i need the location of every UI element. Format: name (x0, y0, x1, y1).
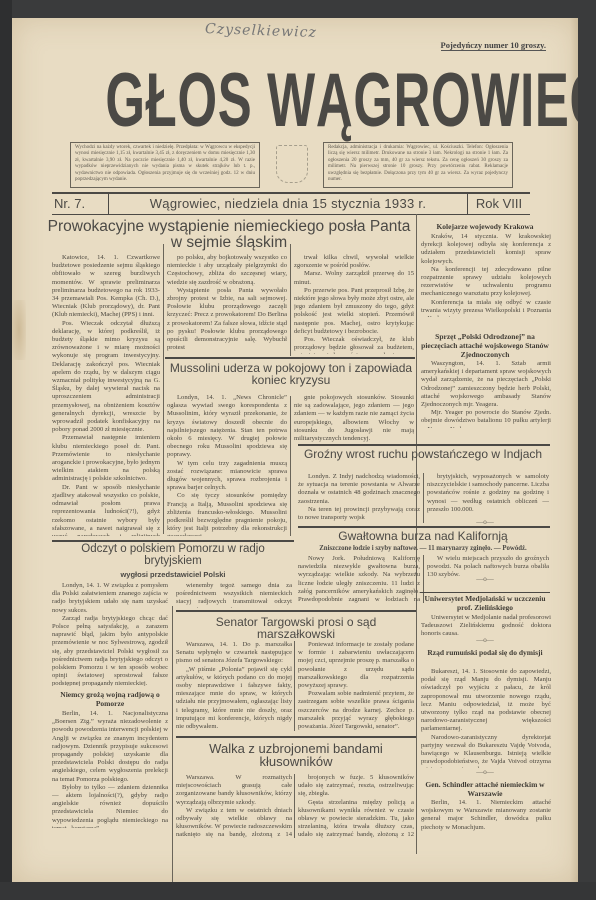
paragraph: Katowice, 14. 1. Czwartkowe budżetowe po… (52, 254, 160, 320)
targowski-headline: Senator Targowski prosi o sąd marszałkow… (176, 616, 416, 640)
scan-background (0, 882, 596, 900)
polonia-headline: Sprzęt „Polski Odrodzonej” na pieczęciac… (420, 332, 550, 359)
section-divider (176, 736, 416, 738)
california-column-1: Nowy Jork. Południową Kalifornję nawiedz… (298, 555, 420, 603)
separator: —o— (470, 768, 500, 776)
paragraph: Uniwersytet w Medjolanie nadał profesoro… (421, 614, 551, 639)
masthead: GŁOS WĄGROWIECKI (12, 60, 578, 142)
paragraph: gnie pokojowych stosunków. Stosunki nie … (294, 394, 414, 443)
separator: —o— (470, 575, 500, 583)
paragraph: wienemby tegoż samego dnia za pośrednict… (176, 582, 292, 608)
romania-text: Bukareszt, 14. 1. Stosownie do zapowiedz… (421, 668, 551, 768)
paragraph: Waszyngton, 14. 1. Sztab armii amerykańs… (421, 360, 551, 409)
separator: —o— (470, 518, 500, 526)
section-divider (420, 592, 550, 593)
issue-number: Nr. 7. (52, 194, 109, 214)
separator: —o— (470, 636, 500, 644)
india-column-2: brytyjskich, wyposażonych w samoloty nis… (427, 473, 549, 523)
paragraph: po polsku, aby bojkotowały wszystko co n… (167, 254, 287, 287)
paragraph: Konferencja ta miała się odbyć w czasie … (421, 299, 551, 317)
poachers-column-2: brojonych w fuzje. 5 kłusowników udało s… (298, 774, 414, 838)
paragraph: Londyn, 14. 1. „News Chronicle” ogłasza … (167, 394, 287, 460)
column-rule (172, 606, 173, 886)
krakow-headline: Kolejarze wojewody Krakowa (420, 222, 550, 231)
krakow-text: Kraków, 14 stycznia. W krakowskiej dyrek… (421, 233, 551, 317)
paragraph: Kraków, 14 stycznia. W krakowskiej dyrek… (421, 233, 551, 266)
radio-war-text: Berlin, 14. 1. Nacjonalistyczna „Boersen… (52, 710, 168, 828)
lead-headline: Prowokacyjne wystąpienie niemieckiego po… (40, 219, 418, 250)
schindler-headline: Gen. Schindler attaché niemieckim w Wars… (420, 780, 550, 798)
column-rule (294, 641, 295, 731)
paragraph: Ponieważ informacje te zostały podane w … (298, 641, 414, 690)
paragraph: Przemawiał następnie imieniem klubu niem… (52, 434, 160, 483)
column-rule (290, 396, 291, 536)
targowski-column-2: Ponieważ informacje te zostały podane w … (298, 641, 414, 731)
paragraph: brytyjskich, wyposażonych w samoloty nis… (427, 473, 549, 514)
lead-column-3: trwał kilka chwil, wywołał wielkie zgors… (294, 254, 414, 354)
scan-background (0, 0, 12, 900)
paragraph: Gęsta strzelanina między policją a kłuso… (298, 799, 414, 838)
paragraph: Mjr. Yeager po powrocie do Stanów Zjedn.… (421, 409, 551, 428)
section-divider (298, 526, 550, 528)
pomorze-column-1: Londyn, 14. 1. W związku z pomysłem dla … (52, 582, 168, 686)
column-rule (163, 244, 164, 534)
pomorze-headline: Odczyt o polskiem Pomorzu w radjo brytyj… (52, 544, 294, 567)
paragraph: Co się tyczy stosunków pomiędzy Francją … (167, 492, 287, 536)
paragraph: Pozwalam sobie nadmienić przytem, że zas… (298, 690, 414, 731)
pomorze-subheadline: wygłosi przedstawiciel Polski (52, 570, 294, 579)
california-headline: Gwałtowna burza nad Kalifornją (296, 530, 550, 542)
paragraph: Na konferencji tej zdecydowano pilne roz… (421, 266, 551, 299)
india-column-1: Londyn. Z Indyj nadchodzą wiadomości, że… (298, 473, 420, 523)
radio-war-headline: Niemcy grożą wojną radjową o Pomorze (52, 690, 168, 708)
milan-headline: Uniwersytet Medjolański w uczczeniu prof… (420, 594, 550, 612)
paragraph: Byłoby to tylko — zdaniem dziennika — ak… (52, 784, 168, 828)
paragraph: brojonych w fuzje. 5 kłusowników udało s… (298, 774, 414, 799)
paragraph: Warszawa, 14. 1. Do p. marszałka Senatu … (176, 641, 292, 666)
lead-column-1: Katowice, 14. 1. Czwartkowe budżetowe po… (52, 254, 160, 536)
column-rule (423, 473, 424, 523)
paragraph: Na teren tej prowincji przybywają coraz … (298, 506, 420, 522)
paragraph: Pos. Wieczak odczytał dłuższą deklarację… (52, 320, 160, 435)
paper-stain (12, 300, 26, 360)
california-subheadline: Zniszczone łodzie i szyby naftowe. — 11 … (296, 545, 550, 552)
paragraph: Zarząd radja brytyjskiego chcąc dać Pols… (52, 615, 168, 686)
paragraph: Londyn. Z Indyj nadchodzą wiadomości, że… (298, 473, 420, 506)
romania-headline: Rząd rumuński podał się do dymisji (420, 648, 550, 657)
dateline-bar: Nr. 7. Wągrowiec, niedziela dnia 15 styc… (52, 192, 530, 215)
paragraph: Berlin, 14. 1. Nacjonalistyczna „Boersen… (52, 710, 168, 784)
advertising-info-box: Redakcja, administracja i drukarnia: Wąg… (323, 142, 513, 188)
masthead-title: GŁOS WĄGROWIECKI (105, 60, 484, 142)
paragraph: Warszawa. W rozmaitych miejscowościach g… (176, 774, 292, 807)
targowski-column-1: Warszawa, 14. 1. Do p. marszałka Senatu … (176, 641, 292, 731)
subscription-info-box: Wychodzi na każdy wtorek, czwartek i nie… (70, 142, 260, 188)
paragraph: Nowy Jork. Południową Kalifornję nawiedz… (298, 555, 420, 603)
section-divider (165, 357, 415, 359)
poachers-column-1: Warszawa. W rozmaitych miejscowościach g… (176, 774, 292, 838)
section-divider (298, 444, 550, 446)
mussolini-column-2: gnie pokojowych stosunków. Stosunki nie … (294, 394, 414, 444)
poachers-headline: Walka z uzbrojonemi bandami kłusowników (176, 742, 416, 768)
lead-column-2: po polsku, aby bojkotowały wszystko co n… (167, 254, 287, 354)
paragraph: Berlin, 14. 1. Niemieckim attaché wojsko… (421, 799, 551, 832)
schindler-text: Berlin, 14. 1. Niemieckim attaché wojsko… (421, 799, 551, 833)
column-rule (294, 774, 295, 838)
price-label: Pojedyńczy numer 10 groszy. (441, 40, 546, 51)
paragraph: trwał kilka chwil, wywołał wielkie zgors… (294, 254, 414, 270)
coat-of-arms-icon (276, 145, 308, 183)
section-divider (52, 540, 294, 542)
paragraph: Narodowo-zaranistyczny dyrektorjat party… (421, 734, 551, 768)
mussolini-headline: Mussolini uderza w pokojowy ton i zapowi… (166, 362, 416, 386)
paragraph: Londyn, 14. 1. W związku z pomysłem dla … (52, 582, 168, 615)
paragraph: Bukareszt, 14. 1. Stosownie do zapowiedz… (421, 668, 551, 734)
paragraph: W tym celu trzy zagadnienia muszą zostać… (167, 460, 287, 493)
section-divider (176, 610, 416, 612)
issue-year: Rok VIII (467, 194, 530, 214)
paragraph: Wystąpienie posła Panta wywołało zbrojny… (167, 287, 287, 353)
india-headline: Groźny wrost ruchu powstańczego w Indjac… (296, 448, 550, 460)
paragraph: Po przerwie pos. Pant przeprosił Izbę, ż… (294, 287, 414, 336)
paragraph: W związku z tem w ostatnich dniach odbyw… (176, 807, 292, 838)
polonia-text: Waszyngton, 14. 1. Sztab armii amerykańs… (421, 360, 551, 428)
mussolini-column-1: Londyn, 14. 1. „News Chronicle” ogłasza … (167, 394, 287, 536)
paragraph: Pos. Wieczak oświadczył, że klub prorząd… (294, 336, 414, 354)
column-rule (290, 244, 291, 356)
paragraph: „W piśmie „Polonia” pojawił się cykl art… (176, 666, 292, 731)
issue-date: Wągrowiec, niedziela dnia 15 stycznia 19… (109, 194, 467, 214)
pomorze-column-2: wienemby tegoż samego dnia za pośrednict… (176, 582, 292, 608)
paragraph: Dr. Pant w sposób niesłychanie zjadliwy … (52, 484, 160, 536)
paragraph: Marsz. Wolny zarządził przerwę do 15 min… (294, 270, 414, 286)
